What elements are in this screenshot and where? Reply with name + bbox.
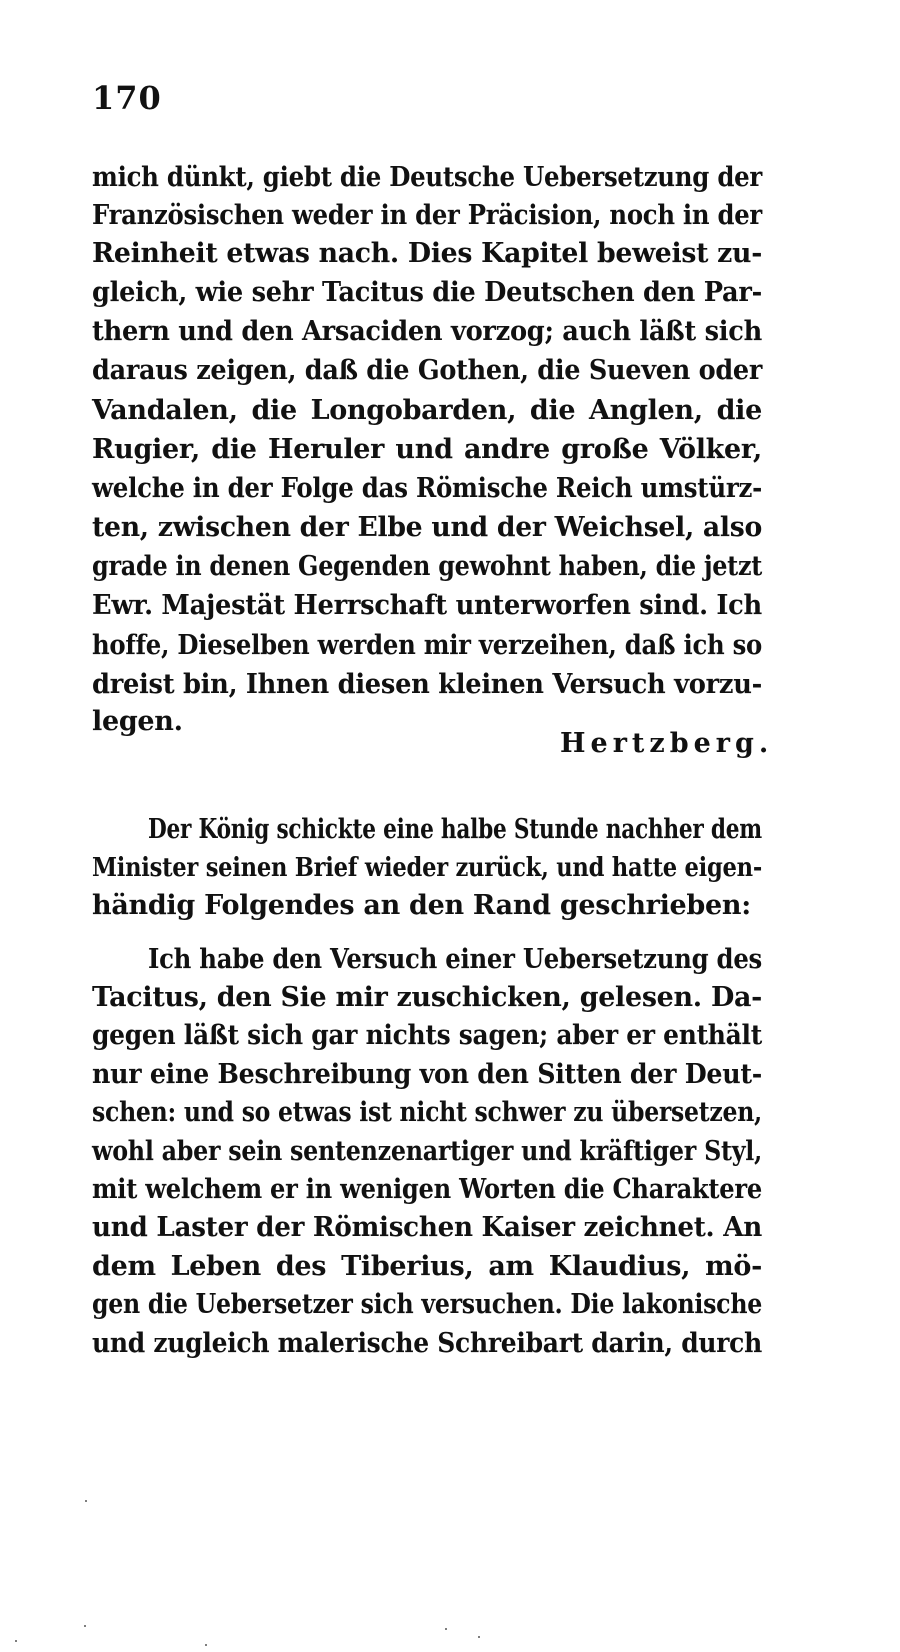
text-line: Reinheit etwas nach. Dies Kapitel beweis… [92, 235, 762, 273]
text-line: und zugleich malerische Schreibart darin… [92, 1325, 762, 1363]
text-line: gen die Uebersetzer sich versuchen. Die … [92, 1286, 762, 1324]
text-line: welche in der Folge das Römische Reich u… [92, 470, 762, 508]
text-line: hoffe, Dieselben werden mir verzeihen, d… [92, 627, 762, 665]
text-line: Tacitus, den Sie mir zuschicken, gelesen… [92, 979, 762, 1017]
text-line: wohl aber sein sentenzenartiger und kräf… [92, 1133, 762, 1171]
text-line: dem Leben des Tiberius, am Klaudius, mö- [92, 1248, 762, 1286]
page-number: 170 [92, 78, 162, 118]
text-line: Ich habe den Versuch einer Uebersetzung … [148, 941, 762, 979]
scan-speck [85, 1500, 87, 1502]
text-line: daraus zeigen, daß die Gothen, die Sueve… [92, 352, 762, 390]
text-line: Französischen weder in der Präcision, no… [92, 197, 762, 235]
text-line: Vandalen, die Longobarden, die Anglen, d… [92, 392, 762, 430]
text-line: gleich, wie sehr Tacitus die Deutschen d… [92, 274, 762, 312]
text-line: und Laster der Römischen Kaiser zeichnet… [92, 1209, 762, 1247]
scan-speck [478, 1636, 480, 1638]
letter-signature: Hertzberg. [560, 724, 773, 764]
text-line: händig Folgendes an den Rand geschrieben… [92, 887, 762, 925]
text-line: mit welchem er in wenigen Worten die Cha… [92, 1171, 762, 1209]
text-line: gegen läßt sich gar nichts sagen; aber e… [92, 1017, 762, 1055]
text-line: thern und den Arsaciden vorzog; auch läß… [92, 313, 762, 351]
scan-speck [15, 1640, 17, 1642]
text-line: grade in denen Gegenden gewohnt haben, d… [92, 548, 762, 586]
text-line: schen: und so etwas ist nicht schwer zu … [92, 1094, 762, 1132]
text-line: dreist bin, Ihnen diesen kleinen Versuch… [92, 666, 762, 704]
text-line: Ewr. Majestät Herrschaft unterworfen sin… [92, 587, 762, 625]
scan-speck [445, 1628, 447, 1630]
text-line: Rugier, die Heruler und andre große Völk… [92, 431, 762, 469]
text-line: mich dünkt, giebt die Deutsche Uebersetz… [92, 159, 762, 197]
text-line: Minister seinen Brief wieder zurück, und… [92, 849, 762, 887]
text-line: ten, zwischen der Elbe und der Weichsel,… [92, 509, 762, 547]
text-line: Der König schickte eine halbe Stunde nac… [148, 811, 762, 849]
text-line: nur eine Beschreibung von den Sitten der… [92, 1056, 762, 1094]
book-page: 170 mich dünkt, giebt die Deutsche Ueber… [0, 0, 900, 1652]
scan-speck [84, 1625, 86, 1627]
scan-speck [205, 1644, 207, 1646]
